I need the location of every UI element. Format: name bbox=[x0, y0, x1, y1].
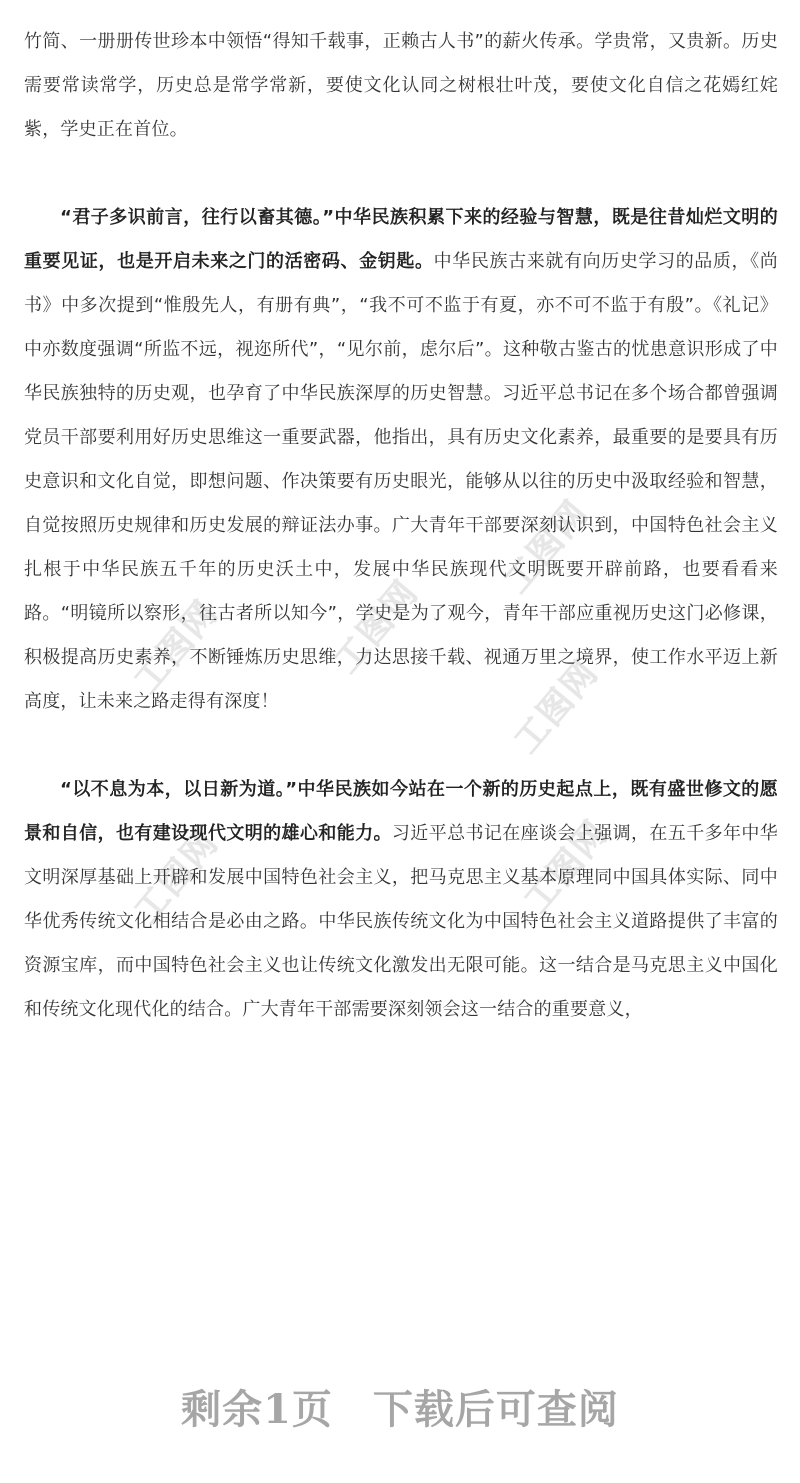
remaining-pages-label: 剩余1页 bbox=[181, 1386, 333, 1433]
paragraph-1: 竹简、一册册传世珍本中领悟“得知千载事，正赖古人书”的薪火传承。学贵常，又贵新。… bbox=[24, 20, 778, 152]
paragraph-text: 竹简、一册册传世珍本中领悟“得知千载事，正赖古人书”的薪火传承。学贵常，又贵新。… bbox=[24, 31, 778, 140]
paragraph-2: “君子多识前言，往行以畜其德。”中华民族积累下来的经验与智慧，既是往昔灿烂文明的… bbox=[24, 196, 778, 724]
download-hint-label: 下载后可查阅 bbox=[373, 1386, 619, 1433]
paragraph-text: 中华民族古来就有向历史学习的品质，《尚书》中多次提到“惟殷先人，有册有典”，“我… bbox=[24, 251, 778, 712]
paragraph-text: 习近平总书记在座谈会上强调，在五千多年中华文明深厚基础上开辟和发展中国特色社会主… bbox=[24, 823, 778, 1020]
document-body: 竹简、一册册传世珍本中领悟“得知千载事，正赖古人书”的薪火传承。学贵常，又贵新。… bbox=[24, 20, 778, 1032]
download-to-read-banner[interactable]: 剩余1页下载后可查阅 bbox=[0, 1378, 800, 1435]
paragraph-3: “以不息为本，以日新为道。”中华民族如今站在一个新的历史起点上，既有盛世修文的愿… bbox=[24, 768, 778, 1032]
